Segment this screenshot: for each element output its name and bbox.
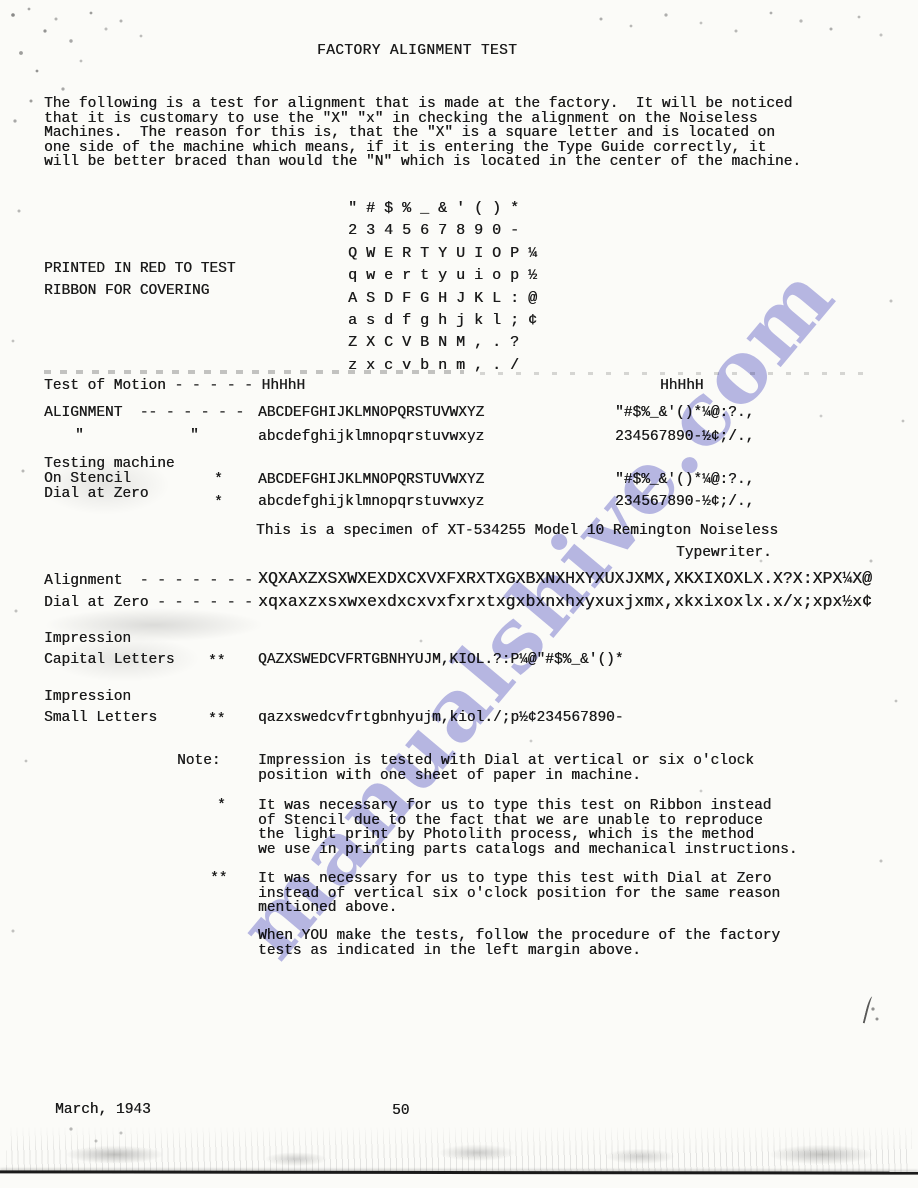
text-line: of Stencil due to the fact that we are u… — [258, 814, 798, 829]
ditto-mark: " — [75, 429, 84, 444]
text-line: we use in printing parts catalogs and me… — [258, 843, 798, 858]
test-of-motion-right-sample: HhHhH — [660, 379, 704, 394]
scan-bottom-noise — [6, 1126, 912, 1172]
text-line: will be better braced than would the "N"… — [44, 155, 801, 170]
x-alignment-uppercase-string: XQXAXZXSXWXEXDXCXVXFXRXTXGXBXNXHXYXUXJXM… — [258, 572, 872, 587]
text-line: Z X C V B N M , . ? — [348, 332, 537, 354]
ditto-mark: " — [190, 429, 199, 444]
text-line: Impression is tested with Dial at vertic… — [258, 754, 754, 769]
text-line: Machines. The reason for this is, that t… — [44, 126, 801, 141]
note-paragraph: Impression is tested with Dial at vertic… — [258, 754, 754, 783]
text-line: It was necessary for us to type this tes… — [258, 872, 780, 887]
footnote-marker: * — [214, 496, 223, 511]
footnote-marker: * — [214, 473, 223, 488]
stencil-lowercase-sample: abcdefghijklmnopqrstuvwxyz — [258, 495, 484, 510]
stencil-numbers-sample: 234567890-½¢;/., — [615, 495, 754, 510]
x-alignment-lowercase-string: xqxaxzxsxwxexdxcxvxfxrxtxgxbxnxhxyxuxjxm… — [258, 595, 872, 610]
double-star-footnote-paragraph: It was necessary for us to type this tes… — [258, 872, 780, 916]
page-title: FACTORY ALIGNMENT TEST — [317, 44, 517, 59]
alignment-uppercase-sample: ABCDEFGHIJKLMNOPQRSTUVWXYZ — [258, 406, 484, 421]
footnote-marker: * — [217, 799, 226, 814]
text-line: the light print by Photolith process, wh… — [258, 828, 798, 843]
text-line: tests as indicated in the left margin ab… — [258, 944, 780, 959]
ink-mark — [863, 996, 875, 1024]
x-alignment-row-label: Alignment - - - - - - - — [44, 574, 253, 589]
text-line: Q W E R T Y U I O P ¼ — [348, 243, 537, 265]
red-ribbon-label-line1: PRINTED IN RED TO TEST — [44, 262, 235, 277]
double-star-marker: ** — [208, 713, 225, 728]
note-label: Note: — [177, 754, 221, 769]
text-line: mentioned above. — [258, 901, 780, 916]
impression-heading: Impression — [44, 632, 131, 647]
impression-capital-string: QAZXSWEDCVFRTGBNHYUJM,KIOL.?:P¼@"#$%_&'(… — [258, 653, 623, 668]
footer-page-number: 50 — [392, 1104, 409, 1119]
alignment-row-label: ALIGNMENT -- - - - - - — [44, 406, 244, 421]
text-line: A S D F G H J K L : @ — [348, 288, 537, 310]
specimen-statement-line2: Typewriter. — [676, 546, 772, 561]
scan-bottom-edge-line — [0, 1170, 918, 1174]
x-dial-at-zero-row-label: Dial at Zero - - - - - - — [44, 596, 253, 611]
scan-noise-band — [480, 372, 870, 375]
text-line: q w e r t y u i o p ½ — [348, 265, 537, 287]
text-line: When YOU make the tests, follow the proc… — [258, 929, 780, 944]
star-footnote-paragraph: It was necessary for us to type this tes… — [258, 799, 798, 857]
footer-date: March, 1943 — [55, 1103, 151, 1118]
keyboard-character-test-block: " # $ % _ & ' ( ) *2 3 4 5 6 7 8 9 0 -Q … — [348, 198, 537, 377]
text-line: " # $ % _ & ' ( ) * — [348, 198, 537, 220]
text-line: a s d f g h j k l ; ¢ — [348, 310, 537, 332]
capital-letters-label: Capital Letters — [44, 653, 175, 668]
test-of-motion-row: Test of Motion - - - - - HhHhH — [44, 379, 305, 394]
dial-at-zero-label: Dial at Zero — [44, 487, 148, 502]
double-star-marker: ** — [208, 655, 225, 670]
red-ribbon-label-line2: RIBBON FOR COVERING — [44, 284, 209, 299]
text-line: instead of vertical six o'clock position… — [258, 887, 780, 902]
alignment-lowercase-sample: abcdefghijklmnopqrstuvwxyz — [258, 430, 484, 445]
intro-paragraph: The following is a test for alignment th… — [44, 97, 801, 170]
impression-heading: Impression — [44, 690, 131, 705]
stencil-symbols-sample: "#$%_&'()*¼@:?., — [615, 473, 754, 488]
double-star-marker: ** — [210, 872, 227, 887]
impression-small-string: qazxswedcvfrtgbnhyujm,kiol./;p½¢23456789… — [258, 711, 623, 726]
alignment-numbers-sample: 234567890-½¢;/., — [615, 430, 754, 445]
stencil-uppercase-sample: ABCDEFGHIJKLMNOPQRSTUVWXYZ — [258, 473, 484, 488]
text-line: one side of the machine which means, if … — [44, 141, 801, 156]
text-line: The following is a test for alignment th… — [44, 97, 801, 112]
scan-speckle-noise — [0, 0, 2, 2]
text-line: z x c v b n m , . / — [348, 355, 537, 377]
text-line: that it is customary to use the "X" "x" … — [44, 112, 801, 127]
specimen-statement-line1: This is a specimen of XT-534255 Model 10… — [256, 524, 778, 539]
text-line: position with one sheet of paper in mach… — [258, 769, 754, 784]
text-line: It was necessary for us to type this tes… — [258, 799, 798, 814]
small-letters-label: Small Letters — [44, 711, 157, 726]
scanned-document-page: FACTORY ALIGNMENT TEST The following is … — [0, 0, 918, 1188]
testing-machine-heading: Testing machine — [44, 457, 175, 472]
text-line: 2 3 4 5 6 7 8 9 0 - — [348, 220, 537, 242]
on-stencil-label: On Stencil — [44, 472, 131, 487]
closing-paragraph: When YOU make the tests, follow the proc… — [258, 929, 780, 958]
alignment-symbols-sample: "#$%_&'()*¼@:?., — [615, 406, 754, 421]
